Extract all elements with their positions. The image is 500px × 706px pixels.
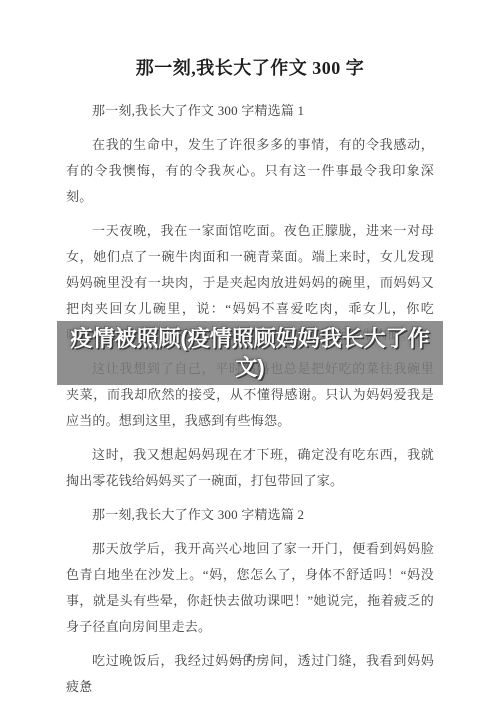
paragraph: 这时，我又想起妈妈现在才下班，确定没有吃东西，我就掏出零花钱给妈妈买了一碗面，打… xyxy=(66,442,434,494)
page-number: —1— xyxy=(0,650,500,665)
document-page: 那一刻,我长大了作文 300 字 那一刻,我长大了作文 300 字精选篇 1 在… xyxy=(0,0,500,706)
paragraph: 在我的生命中，发生了许很多多的事情，有的令我感动，有的令我懊悔，有的令我灰心。只… xyxy=(66,132,434,210)
page-title: 那一刻,我长大了作文 300 字 xyxy=(66,55,434,81)
paragraph: 那天放学后，我开高兴心地回了家一开门，便看到妈妈脸色青白地坐在沙发上。“妈，您怎… xyxy=(66,536,434,640)
overlay-caption-banner: 疫情被照顾(疫情照顾妈妈我长大了作文) xyxy=(57,321,443,385)
section-heading-2: 那一刻,我长大了作文 300 字精选篇 2 xyxy=(66,502,434,528)
section-heading-1: 那一刻,我长大了作文 300 字精选篇 1 xyxy=(66,98,434,124)
overlay-caption-text: 疫情被照顾(疫情照顾妈妈我长大了作文) xyxy=(62,324,438,382)
